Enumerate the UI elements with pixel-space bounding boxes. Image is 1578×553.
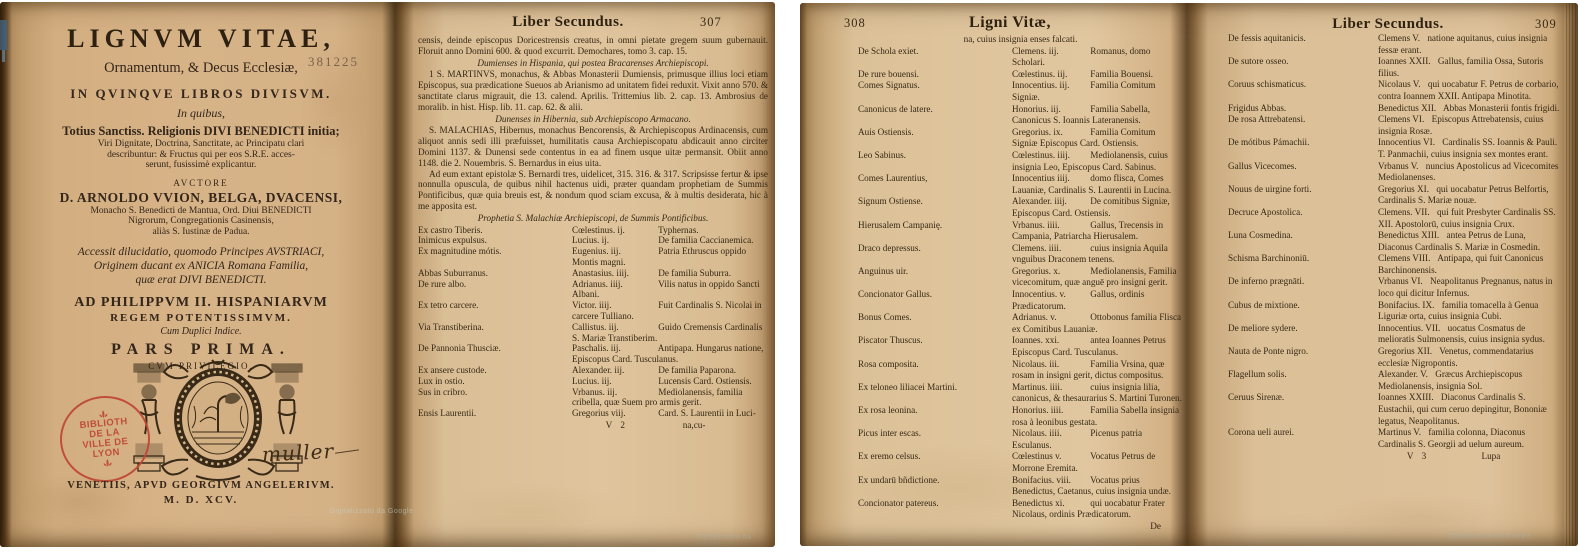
pope-name: Cœlestinus. iiij. (1012, 150, 1088, 162)
prophecy-motto: Via Transtiberina. (418, 322, 572, 333)
pope-name: Clemens. VII. (1378, 207, 1430, 219)
prophecy-motto: Leo Sabinus. (858, 150, 1012, 162)
pope-name: Gregorius XI. (1378, 184, 1429, 196)
pope-name: Honorius. iiii. (1012, 405, 1088, 417)
prophecy-entry: Signum Ostiense. Alexander. iiij. De com… (858, 196, 1183, 219)
pope-name: Clemens VI. (1378, 114, 1424, 126)
prophecy-motto: Piscator Thuscus. (858, 335, 1012, 347)
pope-name: Bonifacius. viii. (1012, 475, 1088, 487)
in-quibus-line: In quibus, (12, 106, 390, 121)
binding-blue-mark (0, 20, 7, 50)
prophecy-motto: Nauta de Ponte nigro. (1228, 346, 1378, 358)
prophecy-motto: De Schola exiet. (858, 46, 1012, 58)
prophecy-entry: Ex undarū bñdictione. Bonifacius. viii. … (858, 475, 1183, 498)
prophecy-detail: Clemens VI. Episcopus Attrebatensis, cui… (1378, 114, 1560, 137)
prophecy-entry: De sutore osseo. Ioannes XXII. Gallus, f… (1228, 56, 1560, 79)
pope-name: Cœlestinus. ij. (572, 225, 656, 236)
stain (430, 482, 630, 542)
pope-name: Gregorius viij. (572, 408, 656, 419)
auctore-label: AVCTORE (12, 178, 390, 188)
pope-name: Benedictus XIII. (1378, 230, 1439, 242)
prophecy-motto: Corona ueli aurei. (1228, 427, 1378, 439)
signature-line-309: V 3 Lupa (1228, 451, 1560, 463)
left-spread: 381225 LIGNVM VITAE, Ornamentum, & Decus… (0, 2, 775, 547)
prophecy-entry: Inimicus expulsus. Lucius. ij. De famili… (418, 235, 768, 246)
prophecy-motto: Inimicus expulsus. (418, 235, 572, 246)
pope-name: Clemens V. (1378, 33, 1420, 45)
prophecy-entry: Bonus Comes. Adrianus. v. Ottobonus fami… (858, 312, 1183, 335)
prophecy-detail: Gregorius. ix. Familia Comitum Signiæ Ep… (1012, 127, 1183, 150)
prophecy-motto: Draco depressus. (858, 243, 1012, 255)
shelfmark-number: 381225 (308, 54, 359, 70)
prophecy-entry: De Pannonia Thusciæ. Paschalis. iij. Ant… (418, 343, 768, 365)
prophecy-motto: Abbas Suburranus. (418, 268, 572, 279)
prophecy-entry: De rosa Attrebatensi. Clemens VI. Episco… (1228, 114, 1560, 137)
imprint-line: VENETIIS, APVD GEORGIVM ANGELERIVM. (12, 480, 390, 491)
prophecy-entry: Luna Cosmedina. Benedictus XIII. antea P… (1228, 230, 1560, 253)
prophecy-entry: Via Transtiberina. Callistus. iij. Guido… (418, 322, 768, 344)
pope-name: Honorius. iij. (1012, 104, 1088, 116)
prophecy-detail: Martinus V. familia colonna, Diaconus Ca… (1378, 427, 1560, 450)
prophecy-entry: De Schola exiet. Clemens. iij. Romanus, … (858, 46, 1183, 69)
prophecy-detail: Vrbanus. iij. Mediolanensis, familia cri… (572, 387, 768, 409)
prophecy-entry: Anguinus uir. Gregorius. x. Mediolanensi… (858, 266, 1183, 289)
prophecy-detail: Bonifacius. IX. familia tomacella à Genu… (1378, 300, 1560, 323)
paragraph: Ad eum extant epistolæ S. Bernardi tres,… (418, 169, 768, 212)
prophecy-detail: Benedictus XIII. antea Petrus de Luna, D… (1378, 230, 1560, 253)
prophecy-detail: Vrbanus VI. Neapolitanus Pregnanus, natu… (1378, 276, 1560, 299)
prophecy-motto: Bonus Comes. (858, 312, 1012, 324)
catchword: na,cu- (683, 420, 706, 431)
running-header-309: Liber Secundus. (1248, 16, 1528, 33)
prophecy-detail: Adrianus. iiij. Vilis natus in oppido Sa… (572, 279, 768, 301)
author-name: D. ARNOLDO VVION, BELGA, DVACENSI, (12, 190, 390, 206)
continuation-line: na, cuius insignia enses falcati. (858, 34, 1183, 46)
prophecy-detail: Clemens VIII. Antipapa, qui fuit Canonic… (1378, 253, 1560, 276)
prophecy-detail: Ioannes XXII. Gallus, familia Ossa, Suto… (1378, 56, 1560, 79)
prophecy-entry: Ceruus Sirenæ. Ioannes XXIII. Diaconus C… (1228, 392, 1560, 427)
prophecy-detail: Callistus. iij. Guido Cremensis Cardinal… (572, 322, 768, 344)
page-308-text-column: na, cuius insignia enses falcati. De Sch… (858, 34, 1183, 533)
prophecy-entry: Auis Ostiensis. Gregorius. ix. Familia C… (858, 127, 1183, 150)
prophecy-motto: Concionator Gallus. (858, 289, 1012, 301)
prophecy-detail: Vrbanus V. nuncius Apostolicus ad Viceco… (1378, 161, 1560, 184)
page-307-text-column: censis, deinde episcopus Doricestrensis … (418, 35, 768, 431)
pope-name: Adrianus. v. (1012, 312, 1088, 324)
pope-name: Paschalis. iij. (572, 343, 656, 354)
right-spread: 308 Ligni Vitæ, na, cuius insignia enses… (800, 3, 1578, 546)
prophecy-motto: Auis Ostiensis. (858, 127, 1012, 139)
prophecy-detail: Nicolaus V. qui uocabatur F. Petrus de c… (1378, 79, 1560, 102)
prophecy-detail: Cœlestinus. iij. Familia Bouensi. (1012, 69, 1183, 81)
prophecy-detail: Ioannes XXIII. Diaconus Cardinalis S. Eu… (1378, 392, 1560, 427)
prophecy-motto: Gallus Vicecomes. (1228, 161, 1378, 173)
pope-name: Nicolaus. iiii. (1012, 428, 1088, 440)
pope-name: Gregorius. ix. (1012, 127, 1088, 139)
prophecy-motto: De inferno prægnāti. (1228, 276, 1378, 288)
prophecy-motto: Nouus de uirgine forti. (1228, 184, 1378, 196)
prophecy-detail: Gregorius XII. Venetus, commendatarius e… (1378, 346, 1560, 369)
prophecy-motto: Schisma Barchinoniū. (1228, 253, 1378, 265)
pope-name: Alexander. iiij. (1012, 196, 1088, 208)
prophecy-motto: Coruus schismaticus. (1228, 79, 1378, 91)
prophecy-detail: Nicolaus. iii. Familia Vrsina, quæ rosam… (1012, 359, 1183, 382)
title-page: 381225 LIGNVM VITAE, Ornamentum, & Decus… (12, 2, 390, 547)
description-line: describuntur: & Fructus qui per eos S.R.… (12, 150, 390, 161)
prophecy-entry: Ex rosa leonina. Honorius. iiii. Familia… (858, 405, 1183, 428)
prophecy-entry: Comes Laurentius, Innocentius iiij. domo… (858, 173, 1183, 196)
prophecy-entry: Abbas Suburranus. Anastasius. iiij. De f… (418, 268, 768, 279)
prophecy-detail: Victor. iiij. Fuit Cardinalis S. Nicolai… (572, 300, 768, 322)
paragraph: Prophetia S. Malachiæ Archiepiscopi, de … (418, 213, 768, 224)
gathering-signature: V 3 (1407, 451, 1429, 463)
prophecy-motto: Rosa composita. (858, 359, 1012, 371)
prophecy-detail: Bonifacius. viii. Vocatus prius Benedict… (1012, 475, 1183, 498)
prophecy-motto: Ensis Laurentii. (418, 408, 572, 419)
prophecy-motto: Ex undarū bñdictione. (858, 475, 1012, 487)
description-line: serunt, fusissimè explicantur. (12, 160, 390, 171)
prophecy-detail: Adrianus. v. Ottobonus familia Flisca ex… (1012, 312, 1183, 335)
prophecy-detail: Eugenius. iij. Patria Ethruscus oppido M… (572, 246, 768, 268)
prophecy-detail: Vrbanus. iiii. Gallus, Trecensis in Camp… (1012, 220, 1183, 243)
prophecy-detail: Clemens. VII. qui fuit Presbyter Cardina… (1378, 207, 1560, 230)
pope-name: Lucius. iij. (572, 376, 656, 387)
description-line: Viri Dignitate, Doctrina, Sanctitate, ac… (12, 139, 390, 150)
pope-name: Innocentius. v. (1012, 289, 1088, 301)
catchword: De (858, 521, 1183, 533)
prophecy-detail: Alexander. iiij. De comitibus Signiæ, Ep… (1012, 196, 1183, 219)
pope-name: Clemens. iij. (1012, 46, 1088, 58)
prophecy-detail: Ioannes. xxi. antea Ioannes Petrus Episc… (1012, 335, 1183, 358)
prophecy-entry: De inferno prægnāti. Vrbanus VI. Neapoli… (1228, 276, 1560, 299)
prophecy-entry: Ex magnitudine mótis. Eugenius. iij. Pat… (418, 246, 768, 268)
prophecy-motto: Comes Laurentius, (858, 173, 1012, 185)
pope-name: Clemens. iiii. (1012, 243, 1088, 255)
prophecy-entry: Nouus de uirgine forti. Gregorius XI. qu… (1228, 184, 1560, 207)
prophecy-table-308: De Schola exiet. Clemens. iij. Romanus, … (858, 46, 1183, 521)
prophecy-entry: Concionator Gallus. Innocentius. v. Gall… (858, 289, 1183, 312)
prophecy-detail: Alexander. iij. De familia Paparona. (572, 365, 768, 376)
prophecy-detail: Honorius. iij. Familia Sabella, Canonicu… (1012, 104, 1183, 127)
pope-description: Typhernas. (658, 225, 698, 235)
prophecy-entry: Ex eremo celsus. Cœlestinus v. Vocatus P… (858, 451, 1183, 474)
prophecy-detail: Martinus. iiii. cuius insignia lilia, ca… (1012, 382, 1183, 405)
prophecy-entry: Ex ansere custode. Alexander. iij. De fa… (418, 365, 768, 376)
prophecy-entry: Gallus Vicecomes. Vrbanus V. nuncius Apo… (1228, 161, 1560, 184)
pope-description: De familia Paparona. (658, 365, 736, 375)
prophecy-table-309: De fessis aquitanicis. Clemens V. nation… (1228, 33, 1560, 450)
accessit-line: Originem ducant ex ANICIA Romana Familia… (12, 259, 390, 273)
pope-description: Card. S. Laurentii in Luci- (658, 408, 755, 418)
paragraph-blocks-307: censis, deinde episcopus Doricestrensis … (418, 35, 768, 224)
gathering-signature: V 2 (606, 420, 628, 431)
fleur-de-lis-icon (101, 458, 113, 468)
pope-name: Innocentius iiij. (1012, 173, 1088, 185)
catchword: Lupa (1481, 451, 1500, 463)
prophecy-entry: Corona ueli aurei. Martinus V. familia c… (1228, 427, 1560, 450)
pope-name: Callistus. iij. (572, 322, 656, 333)
prophecy-entry: Ex tetro carcere. Victor. iiij. Fuit Car… (418, 300, 768, 322)
dedication-line: AD PHILIPPVM II. HISPANIARVM (12, 295, 390, 311)
prophecy-entry: Concionator patereus. Benedictus xi. qui… (858, 498, 1183, 521)
prophecy-motto: Ex ansere custode. (418, 365, 572, 376)
prophecy-motto: Flagellum solis. (1228, 369, 1378, 381)
imprint-date: M. D. XCV. (12, 494, 390, 506)
prophecy-detail: Anastasius. iiij. De familia Suburra. (572, 268, 768, 279)
prophecy-detail: Honorius. iiii. Familia Sabella insignia… (1012, 405, 1183, 428)
prophecy-detail: Gregorius XI. qui uocabatur Petrus Belfo… (1378, 184, 1560, 207)
scan-watermark: Digitalizzato da Google (1448, 533, 1532, 540)
prophecy-motto: Ex teloneo liliacei Martini. (858, 382, 1012, 394)
prophecy-detail: Innocentius. iij. Familia Comitum Signiæ… (1012, 80, 1183, 103)
author-line: Nigrorum, Congregationis Casinensis, (12, 216, 390, 227)
prophecy-entry: Decruce Apostolica. Clemens. VII. qui fu… (1228, 207, 1560, 230)
pope-description: De familia Suburra. (658, 268, 731, 278)
pope-name: Nicolaus. iii. (1012, 359, 1088, 371)
prophecy-entry: Coruus schismaticus. Nicolaus V. qui uoc… (1228, 79, 1560, 102)
prophecy-detail: Paschalis. iij. Antipapa. Hungarus natio… (572, 343, 768, 365)
prophecy-detail: Cœlestinus. iiij. Mediolanensis, cuius i… (1012, 150, 1183, 173)
prophecy-entry: De rure bouensi. Cœlestinus. iij. Famili… (858, 69, 1183, 81)
pope-name: Innocentius. iij. (1012, 80, 1088, 92)
paragraph: 1 S. MARTINVS, monachus, & Abbas Monaste… (418, 69, 768, 112)
prophecy-motto: Canonicus de latere. (858, 104, 1012, 116)
pope-name: Martinus V. (1378, 427, 1421, 439)
pope-name: Anastasius. iiij. (572, 268, 656, 279)
pope-description: Abbas Monasterii fontis frigidi. (1443, 103, 1559, 113)
pope-name: Victor. iiij. (572, 300, 656, 311)
pope-name: Alexander. V. (1378, 369, 1428, 381)
prophecy-entry: Picus inter escas. Nicolaus. iiii. Picen… (858, 428, 1183, 451)
prophecy-detail: Nicolaus. iiii. Picenus patria Esculanus… (1012, 428, 1183, 451)
prophecy-detail: Gregorius viij. Card. S. Laurentii in Lu… (572, 408, 768, 419)
prophecy-detail: Innocentius VI. Cardinalis SS. Ioannis &… (1378, 137, 1560, 160)
book-title: LIGNVM VITAE, (12, 24, 390, 54)
prophecy-motto: Comes Signatus. (858, 80, 1012, 92)
prophecy-detail: Cœlestinus v. Vocatus Petrus de Morrone … (1012, 451, 1183, 474)
pope-name: Alexander. iij. (572, 365, 656, 376)
prophecy-entry: Cubus de mixtione. Bonifacius. IX. famil… (1228, 300, 1560, 323)
prophecy-entry: Comes Signatus. Innocentius. iij. Famili… (858, 80, 1183, 103)
page-number-307: 307 (700, 15, 722, 30)
prophecy-motto: Signum Ostiense. (858, 196, 1012, 208)
pope-name: Adrianus. iiij. (572, 279, 656, 290)
pope-name: Bonifacius. IX. (1378, 300, 1434, 312)
pope-name: Ioannes XXIII. (1378, 392, 1434, 404)
prophecy-entry: Ex teloneo liliacei Martini. Martinus. i… (858, 382, 1183, 405)
paragraph: Dumienses in Hispania, qui postea Bracar… (418, 58, 768, 69)
prophecy-detail: Benedictus XII. Abbas Monasterii fontis … (1378, 103, 1560, 115)
page-stack-edge (1564, 3, 1578, 546)
prophecy-entry: Nauta de Ponte nigro. Gregorius XII. Ven… (1228, 346, 1560, 369)
pope-name: Martinus. iiii. (1012, 382, 1088, 394)
prophecy-entry: Ensis Laurentii. Gregorius viij. Card. S… (418, 408, 768, 419)
signature-line-307: V 2 na,cu- (418, 420, 768, 431)
prophecy-motto: Cubus de mixtione. (1228, 300, 1378, 312)
author-line: Monacho S. Benedicti de Mantua, Ord. Diu… (12, 206, 390, 217)
prophecy-detail: Alexander. V. Græcus Archiepiscopus Medi… (1378, 369, 1560, 392)
prophecy-detail: Cœlestinus. ij. Typhernas. (572, 225, 768, 236)
pope-name: Ioannes. xxi. (1012, 335, 1088, 347)
accessit-line: Accessit dilucidatio, quomodo Principes … (12, 245, 390, 259)
prophecy-detail: Innocentius iiij. domo flisca, Comes Lau… (1012, 173, 1183, 196)
prophecy-motto: Decruce Apostolica. (1228, 207, 1378, 219)
book-scan-canvas: 381225 LIGNVM VITAE, Ornamentum, & Decus… (0, 0, 1578, 553)
prophecy-entry: Schisma Barchinoniū. Clemens VIII. Antip… (1228, 253, 1560, 276)
pope-description: De familia Caccianemica. (658, 235, 753, 245)
author-line: aliàs S. Iustinæ de Padua. (12, 227, 390, 238)
prophecy-entry: Canonicus de latere. Honorius. iij. Fami… (858, 104, 1183, 127)
prophecy-entry: Lux in ostio. Lucius. iij. Lucensis Card… (418, 376, 768, 387)
prophecy-detail: Benedictus xi. qui uocabatur Frater Nico… (1012, 498, 1183, 521)
accessit-line: quæ erat DIVI BENEDICTI. (12, 273, 390, 287)
prophecy-entry: Rosa composita. Nicolaus. iii. Familia V… (858, 359, 1183, 382)
prophecy-motto: Anguinus uir. (858, 266, 1012, 278)
paragraph: censis, deinde episcopus Doricestrensis … (418, 35, 768, 57)
running-header-307: Liber Secundus. (418, 14, 718, 31)
prophecy-detail: Innocentius. VII. uocatus Cosmatus de me… (1378, 323, 1560, 346)
prophecy-motto: Lux in ostio. (418, 376, 572, 387)
prophecy-detail: Innocentius. v. Gallus, ordinis Prædicat… (1012, 289, 1183, 312)
prophecy-entry: De rure albo. Adrianus. iiij. Vilis natu… (418, 279, 768, 301)
prophecy-motto: De meliore sydere. (1228, 323, 1378, 335)
prophecy-motto: De sutore osseo. (1228, 56, 1378, 68)
prophecy-entry: De meliore sydere. Innocentius. VII. uoc… (1228, 323, 1560, 346)
prophecy-motto: De mótibus Pámachii. (1228, 137, 1378, 149)
dedication-line: REGEM POTENTISSIMVM. (12, 312, 390, 324)
prophecy-motto: Ex tetro carcere. (418, 300, 572, 311)
prophecy-motto: De rure bouensi. (858, 69, 1012, 81)
prophecy-entry: Ex castro Tiberis. Cœlestinus. ij. Typhe… (418, 225, 768, 236)
prophecy-entry: De fessis aquitanicis. Clemens V. nation… (1228, 33, 1560, 56)
prophecy-detail: Lucius. iij. Lucensis Card. Ostiensis. (572, 376, 768, 387)
pope-name: Ioannes XXII. (1378, 56, 1431, 68)
prophecy-motto: De Pannonia Thusciæ. (418, 343, 572, 354)
prophecy-motto: Ceruus Sirenæ. (1228, 392, 1378, 404)
prophecy-detail: Lucius. ij. De familia Caccianemica. (572, 235, 768, 246)
prophecy-motto: Picus inter escas. (858, 428, 1012, 440)
scan-watermark: Digitalizzato da Google (696, 534, 775, 547)
prophecy-entry: Flagellum solis. Alexander. V. Græcus Ar… (1228, 369, 1560, 392)
pope-name: Innocentius. VII. (1378, 323, 1440, 335)
page-number-309: 309 (1535, 17, 1557, 32)
pope-name: Eugenius. iij. (572, 246, 656, 257)
prophecy-table-307: Ex castro Tiberis. Cœlestinus. ij. Typhe… (418, 225, 768, 419)
prophecy-detail: Clemens. iij. Romanus, domo Scholari. (1012, 46, 1183, 69)
pope-name: Vrbanus V. (1378, 161, 1418, 173)
pope-name: Vrbanus VI. (1378, 276, 1423, 288)
prophecy-motto: Sus in cribro. (418, 387, 572, 398)
prophecy-motto: De rosa Attrebatensi. (1228, 114, 1378, 126)
prophecy-entry: Draco depressus. Clemens. iiii. cuius in… (858, 243, 1183, 266)
pope-description: Lucensis Card. Ostiensis. (658, 376, 751, 386)
prophecy-motto: De fessis aquitanicis. (1228, 33, 1378, 45)
prophecy-motto: Concionator patereus. (858, 498, 1012, 510)
prophecy-motto: Hierusalem Campanię. (858, 220, 1012, 232)
pope-name: Benedictus xi. (1012, 498, 1088, 510)
prophecy-detail: Gregorius. x. Mediolanensis, Familia vic… (1012, 266, 1183, 289)
pope-name: Innocentius VI. (1378, 137, 1435, 149)
paragraph: S. MALACHIAS, Hibernus, monachus Bencore… (418, 125, 768, 168)
pope-name: Clemens VIII. (1378, 253, 1430, 265)
page-309-text-column: De fessis aquitanicis. Clemens V. nation… (1228, 33, 1560, 463)
index-note: Cum Duplici Indice. (12, 326, 390, 337)
prophecy-entry: Piscator Thuscus. Ioannes. xxi. antea Io… (858, 335, 1183, 358)
paragraph: Dunenses in Hibernia, sub Archiepiscopo … (418, 114, 768, 125)
prophecy-motto: De rure albo. (418, 279, 572, 290)
handwritten-annotation: muller (261, 437, 359, 466)
initia-line: Totius Sanctiss. Religionis DIVI BENEDIC… (12, 124, 390, 139)
prophecy-entry: Frigidus Abbas. Benedictus XII. Abbas Mo… (1228, 103, 1560, 115)
prophecy-entry: Sus in cribro. Vrbanus. iij. Mediolanens… (418, 387, 768, 409)
prophecy-motto: Ex rosa leonina. (858, 405, 1012, 417)
division-line: IN QVINQVE LIBROS DIVISVM. (12, 86, 390, 102)
running-header-308: Ligni Vitæ, (860, 14, 1160, 32)
stain (1320, 493, 1520, 543)
prophecy-detail: Clemens V. natione aquitanus, cuius insi… (1378, 33, 1560, 56)
pope-name: Vrbanus. iiii. (1012, 220, 1088, 232)
pope-name: Nicolaus V. (1378, 79, 1421, 91)
pope-name: Cœlestinus. iij. (1012, 69, 1088, 81)
pope-name: Gregorius. x. (1012, 266, 1088, 278)
prophecy-motto: Frigidus Abbas. (1228, 103, 1378, 115)
prophecy-motto: Ex eremo celsus. (858, 451, 1012, 463)
pope-description: Familia Bouensi. (1090, 69, 1153, 79)
prophecy-motto: Ex castro Tiberis. (418, 225, 572, 236)
prophecy-entry: Hierusalem Campanię. Vrbanus. iiii. Gall… (858, 220, 1183, 243)
prophecy-entry: De mótibus Pámachii. Innocentius VI. Car… (1228, 137, 1560, 160)
prophecy-detail: Clemens. iiii. cuius insignia Aquila vng… (1012, 243, 1183, 266)
pope-name: Gregorius XII. (1378, 346, 1432, 358)
pope-name: Cœlestinus v. (1012, 451, 1088, 463)
prophecy-entry: Leo Sabinus. Cœlestinus. iiij. Mediolane… (858, 150, 1183, 173)
prophecy-motto: Luna Cosmedina. (1228, 230, 1378, 242)
pope-name: Benedictus XII. (1378, 103, 1436, 115)
pope-name: Vrbanus. iij. (572, 387, 656, 398)
prophecy-motto: Ex magnitudine mótis. (418, 246, 572, 257)
pope-name: Lucius. ij. (572, 235, 656, 246)
